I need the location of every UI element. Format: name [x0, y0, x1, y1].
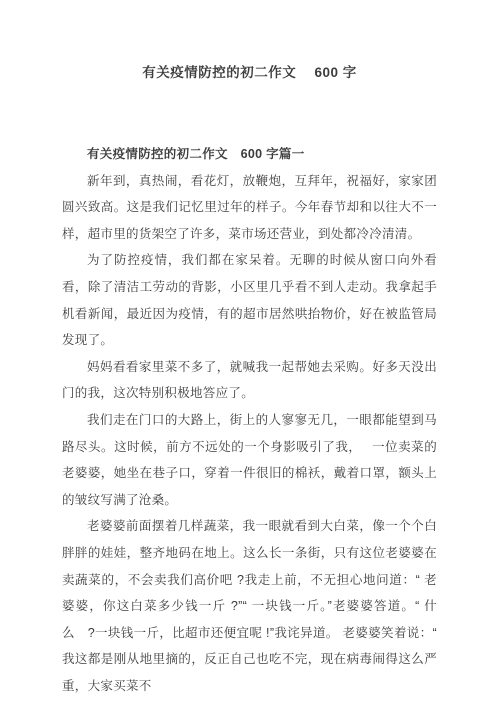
essay-body: 有关疫情防控的初二作文 600 字篇一 新年到，真热闹，看花灯，放鞭炮，互拜年，…: [62, 141, 437, 699]
section-heading: 有关疫情防控的初二作文 600 字篇一: [62, 141, 437, 168]
document-page: 有关疫情防控的初二作文 600 字 有关疫情防控的初二作文 600 字篇一 新年…: [0, 0, 500, 708]
essay-paragraph-5: 老婆婆前面摆着几样蔬菜，我一眼就看到大白菜，像一个个白胖胖的娃娃，整齐地码在地上…: [62, 513, 437, 699]
document-title: 有关疫情防控的初二作文 600 字: [62, 60, 437, 86]
essay-paragraph-4: 我们走在门口的大路上，街上的人寥寥无几，一眼都能望到马路尽头。这时候，前方不远处…: [62, 407, 437, 513]
essay-paragraph-3: 妈妈看看家里菜不多了，就喊我一起帮她去采购。好多天没出门的我，这次特别积极地答应…: [62, 354, 437, 407]
essay-paragraph-2: 为了防控疫情，我们都在家呆着。无聊的时候从窗口向外看看，除了清洁工劳动的背影，小…: [62, 247, 437, 353]
essay-paragraph-1: 新年到，真热闹，看花灯，放鞭炮，互拜年，祝福好，家家团圆兴致高。这是我们记忆里过…: [62, 168, 437, 248]
